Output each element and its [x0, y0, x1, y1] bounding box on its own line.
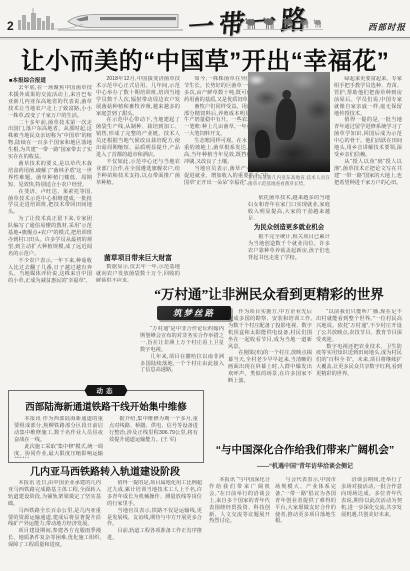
lead-headline: 让小而美的“中国草”开出“幸福花” [0, 41, 410, 76]
box-headline: 西部陆海新通道铁路干线开始集中维修 [9, 399, 203, 413]
lead-column-4b: 据不完全统计,相关项目已累计为当地创造数千个就业岗位。许多农户靠种草养菇盖起新房… [248, 234, 330, 282]
lead-column-5: 绿起来更要富起来。专家组手把手教学员选种、育苗、管护,帮助他们把菌草种到房前屋后… [334, 76, 402, 282]
photo-person [275, 98, 297, 141]
feature-column-2: 作为项目实施方,中方企业先后完成多国的勘察、安装和培训工作,为数千个村庄配备了投… [228, 309, 312, 437]
lead-column-1: 去年底,在一场聚焦中国菌草技术援外成果的交流活动上,来自巴布亚新几内亚东高地省的… [8, 85, 92, 385]
guinea-column-1: 本报讯 近日,由中国企业承建的几内亚马西铁路完成路基主体工程,全面转入轨道建设阶… [8, 480, 101, 567]
news-box: 动态 西部陆海新通道铁路干线开始集中维修 本报讯 作为西部陆海新通道的重要组成部… [8, 390, 204, 463]
camel-caravan-icon [243, 14, 341, 31]
masthead-rule [0, 37, 410, 38]
feature-headline: “万村通”让非洲民众看到更精彩的世界 [133, 283, 405, 303]
photo-person-2 [254, 130, 271, 159]
guinea-headline: 几内亚马西铁路转入轨道建设阶段 [8, 463, 202, 478]
lead-column-2b: 数据显示,仅去年一年,示范基地就向农户发放菌袋数十万个,回收的鲜菇供不应求。 [96, 264, 180, 282]
photo-shadow-band [248, 158, 330, 172]
subhead-jobs: 为民众创造更多就业机会 [248, 222, 330, 231]
photo-caption: 在巴布亚新几内亚东高地省,技术人员在菌草示范基地查看菌草长势。 [248, 175, 330, 188]
feature-column-1: “万村通”是中非合作论坛约翰内斯堡峰会宣布的对非务实合作举措之一,旨在让非洲上万… [140, 326, 224, 384]
talks-subtitle: ——“机遇中国”青年访华洽谈会侧记 [205, 461, 405, 470]
talks-column-3: 洽谈会期间,还举行了多场对接活动,一批合作意向现场达成。多位青年代表说,期待以此… [341, 477, 402, 567]
lead-column-2: 2018年12月,中国援斐济菌草技术示范中心正式启用。几年间,示范中心举办了数十… [96, 76, 180, 249]
report-tag: ■本报综合报道 [9, 76, 46, 84]
subhead-wealth: 菌草项目带来巨大财富 [96, 252, 180, 262]
talks-column-1: 本报讯 “与中国深化合作给我们带来广阔机会。”在日前举行的洽谈会上,来自多个国家… [209, 477, 270, 567]
dynamics-banner: 动态 [85, 385, 128, 396]
feature-column-3: “以前我们只能听广播,现在足不出村就能看到整个世界。”一位村民高兴地说。依托“万… [316, 309, 402, 437]
news-photo [248, 72, 330, 172]
skyline-train-icon [18, 6, 183, 34]
box-column-1: 本报讯 作为西部陆海新通道的重要组成部分,焦柳铁路部分区段日前启动集中维修施工,… [14, 416, 103, 458]
talks-column-2: 与会代表表示,中国市场规模大、产业体系完备,“一带一路”倡议为各国青年创业者提供… [275, 477, 336, 567]
page-number: 2 [7, 19, 14, 33]
talks-headline: “与中国深化合作给我们带来广阔机会” [205, 442, 405, 457]
silk-road-dream-badge: 筑梦丝路 [157, 306, 231, 320]
lead-column-4a: 依托菌草技术,越来越多的当地妇女和青年在家门口实现就业,家庭收入明显提高,大家的… [248, 195, 330, 220]
guinea-column-2: 值得一提的是,项目属地化用工比例超过九成,累计培训当地技术工人上千名,许多青年成… [107, 480, 202, 567]
newspaper-page: 2 一带一路 [0, 0, 410, 571]
box-column-2: 据介绍,集中维修为期一个多月,重点对线路、桥隧、供电、信号等设备进行整治,涉及正… [109, 416, 198, 458]
paper-name: 西部时报 [368, 21, 406, 33]
